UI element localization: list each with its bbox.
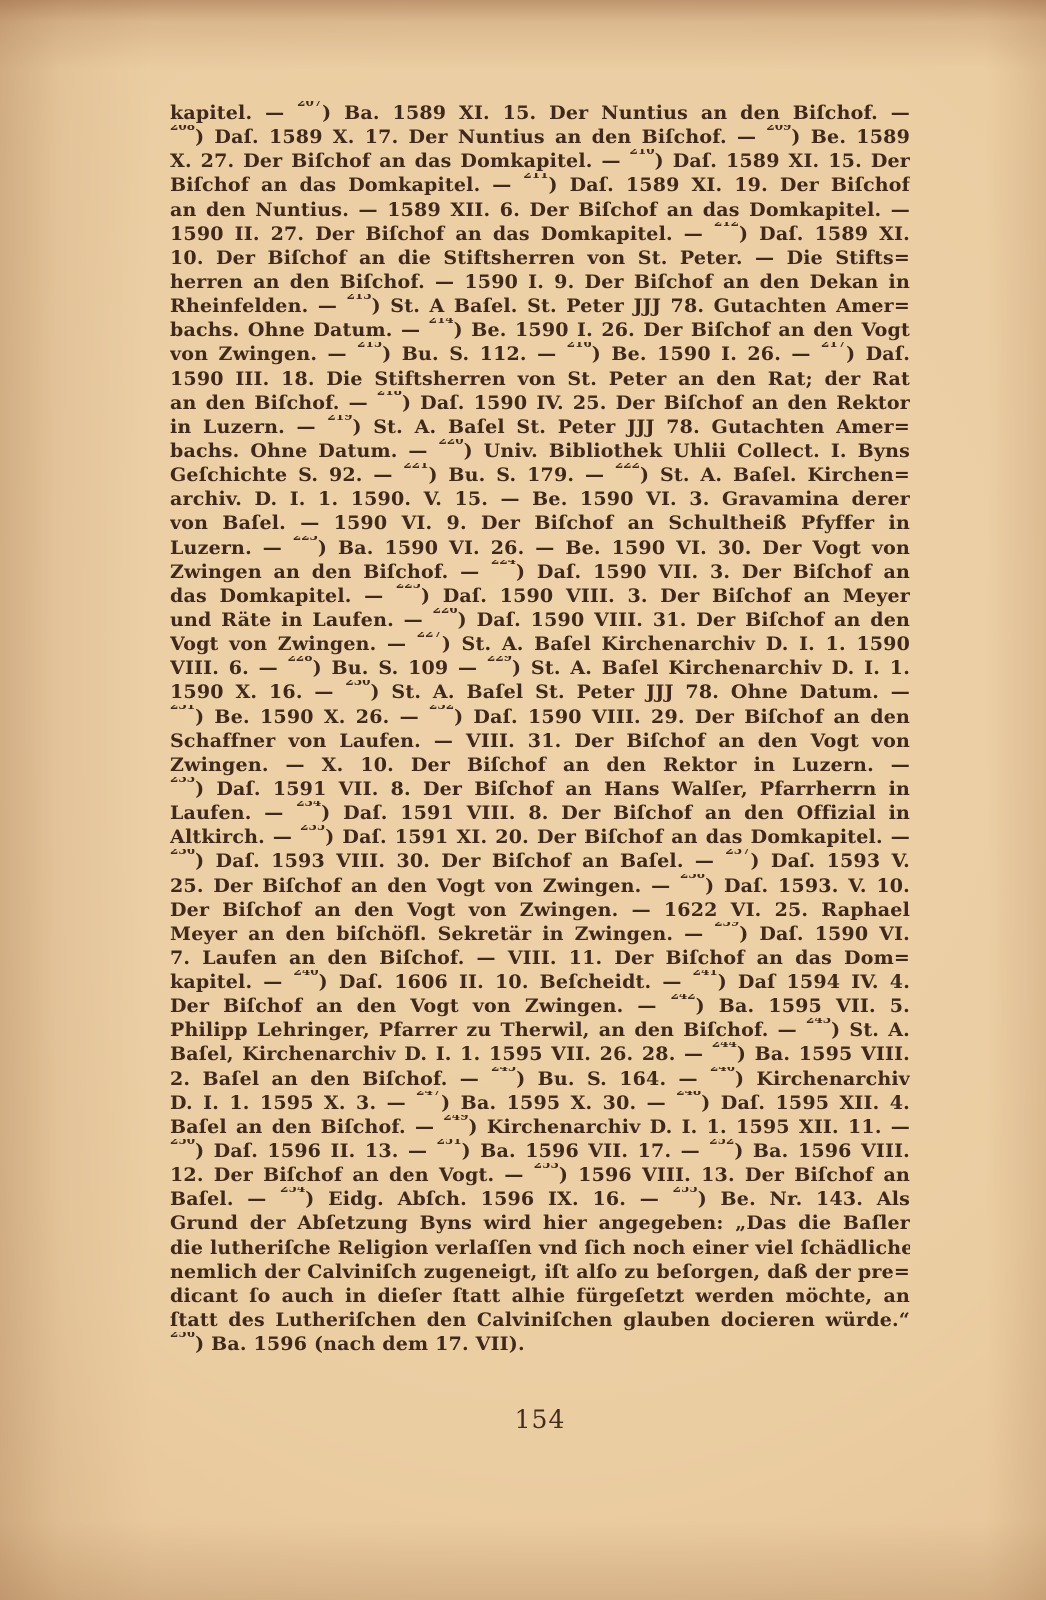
footnote-ref: 247 (416, 1091, 441, 1099)
footnote-ref: 215 (357, 342, 382, 350)
footnote-ref: 229 (487, 656, 512, 664)
text-line: 10. Der Biſchof an die Stiftsherren von … (170, 246, 910, 270)
footnote-ref: 256 (170, 1332, 195, 1340)
text-line: in Luzern. — 219) St. A. Baſel St. Peter… (170, 415, 910, 439)
footnote-ref: 220 (439, 439, 464, 447)
footnote-ref: 233 (170, 777, 195, 785)
text-line: Philipp Lehringer, Pfarrer zu Therwil, a… (170, 1018, 910, 1042)
footnote-ref: 252 (709, 1139, 734, 1147)
text-line: Zwingen. — X. 10. Der Biſchof an den Rek… (170, 753, 910, 777)
text-line: herren an den Biſchof. — 1590 I. 9. Der … (170, 270, 910, 294)
footnote-ref: 253 (534, 1163, 559, 1171)
text-line: 208) Daſ. 1589 X. 17. Der Nuntius an den… (170, 125, 910, 149)
footnote-ref: 250 (170, 1139, 195, 1147)
text-line: Baſel an den Biſchof. — 249) Kirchenarch… (170, 1115, 910, 1139)
footnote-ref: 226 (433, 608, 458, 616)
footnote-ref: 214 (429, 318, 454, 326)
footnote-ref: 249 (443, 1115, 468, 1123)
text-line: 1590 X. 16. — 230) St. A. Baſel St. Pete… (170, 680, 910, 704)
text-line: X. 27. Der Biſchof an das Domkapitel. — … (170, 149, 910, 173)
text-line: bachs. Ohne Datum. — 220) Univ. Biblioth… (170, 439, 910, 463)
text-line: 1590 III. 18. Die Stiftsherren von St. P… (170, 367, 910, 391)
text-line: und Räte in Laufen. — 226) Daſ. 1590 VII… (170, 608, 910, 632)
footnote-ref: 219 (327, 415, 352, 423)
footnote-ref: 222 (615, 463, 640, 471)
text-line: 2. Baſel an den Biſchof. — 245) Bu. S. 1… (170, 1067, 910, 1091)
text-line: Biſchof an das Domkapitel. — 211) Daſ. 1… (170, 173, 910, 197)
footnote-ref: 210 (630, 149, 655, 157)
footnote-ref: 251 (437, 1139, 462, 1147)
text-line: 236) Daſ. 1593 VIII. 30. Der Biſchof an … (170, 849, 910, 873)
footnote-ref: 211 (523, 173, 548, 181)
text-line: Der Biſchof an den Vogt von Zwingen. — 2… (170, 994, 910, 1018)
text-line: 7. Laufen an den Biſchof. — VIII. 11. De… (170, 946, 910, 970)
footnote-ref: 245 (491, 1067, 516, 1075)
text-line: 12. Der Biſchof an den Vogt. — 253) 1596… (170, 1163, 910, 1187)
footnote-ref: 241 (693, 970, 718, 978)
text-line: 256) Ba. 1596 (nach dem 17. VII). (170, 1332, 910, 1356)
footnotes-block: kapitel. — 207) Ba. 1589 XI. 15. Der Nun… (170, 101, 910, 1356)
text-line: kapitel. — 240) Daſ. 1606 II. 10. Beſche… (170, 970, 910, 994)
footnote-ref: 248 (676, 1091, 701, 1099)
footnote-ref: 217 (821, 342, 846, 350)
text-line: Baſel. — 254) Eidg. Abſch. 1596 IX. 16. … (170, 1187, 910, 1211)
text-line: 25. Der Biſchof an den Vogt von Zwingen.… (170, 874, 910, 898)
footnote-ref: 223 (293, 536, 318, 544)
footnote-ref: 246 (710, 1067, 735, 1075)
text-line: 250) Daſ. 1596 II. 13. — 251) Ba. 1596 V… (170, 1139, 910, 1163)
footnote-ref: 235 (300, 825, 325, 833)
footnote-ref: 208 (170, 125, 195, 133)
text-line: Baſel, Kirchenarchiv D. I. 1. 1595 VII. … (170, 1042, 910, 1066)
text-line: D. I. 1. 1595 X. 3. — 247) Ba. 1595 X. 3… (170, 1091, 910, 1115)
text-line: von Baſel. — 1590 VI. 9. Der Biſchof an … (170, 511, 910, 535)
text-line: 231) Be. 1590 X. 26. — 232) Daſ. 1590 VI… (170, 705, 910, 729)
text-line: kapitel. — 207) Ba. 1589 XI. 15. Der Nun… (170, 101, 910, 125)
footnote-ref: 228 (288, 656, 313, 664)
text-line: Der Biſchof an den Vogt von Zwingen. — 1… (170, 898, 910, 922)
footnote-ref: 213 (347, 294, 372, 302)
footnote-ref: 218 (377, 391, 402, 399)
text-line: Laufen. — 234) Daſ. 1591 VIII. 8. Der Bi… (170, 801, 910, 825)
footnote-ref: 231 (170, 705, 195, 713)
footnote-ref: 232 (429, 705, 454, 713)
footnote-ref: 237 (725, 849, 750, 857)
text-line: nemlich der Calviniſch zugeneigt, iſt al… (170, 1260, 910, 1284)
text-line: an den Nuntius. — 1589 XII. 6. Der Biſch… (170, 198, 910, 222)
book-page: kapitel. — 207) Ba. 1589 XI. 15. Der Nun… (0, 0, 1046, 1600)
text-line: die lutheriſche Religion verlaſſen vnd ſ… (170, 1236, 910, 1260)
text-line: VIII. 6. — 228) Bu. S. 109 — 229) St. A.… (170, 656, 910, 680)
footnote-ref: 227 (417, 632, 442, 640)
text-line: Schaffner von Laufen. — VIII. 31. Der Bi… (170, 729, 910, 753)
footnote-ref: 240 (294, 970, 319, 978)
footnote-ref: 212 (714, 222, 739, 230)
footnote-ref: 209 (766, 125, 791, 133)
footnote-ref: 221 (403, 463, 428, 471)
text-line: Zwingen an den Biſchof. — 224) Daſ. 1590… (170, 560, 910, 584)
text-line: Vogt von Zwingen. — 227) St. A. Baſel Ki… (170, 632, 910, 656)
footnote-ref: 207 (297, 101, 322, 109)
text-line: von Zwingen. — 215) Bu. S. 112. — 216) B… (170, 342, 910, 366)
footnote-ref: 225 (396, 584, 421, 592)
text-line: das Domkapitel. — 225) Daſ. 1590 VIII. 3… (170, 584, 910, 608)
footnote-ref: 238 (680, 874, 705, 882)
footnote-ref: 242 (671, 994, 696, 1002)
footnote-ref: 236 (170, 849, 195, 857)
footnote-ref: 224 (491, 560, 516, 568)
text-line: an den Biſchof. — 218) Daſ. 1590 IV. 25.… (170, 391, 910, 415)
footnote-ref: 230 (345, 680, 370, 688)
text-line: ſtatt des Lutheriſchen den Calviniſchen … (170, 1308, 910, 1332)
footnote-ref: 244 (712, 1042, 737, 1050)
footnote-ref: 216 (567, 342, 592, 350)
text-line: Luzern. — 223) Ba. 1590 VI. 26. — Be. 15… (170, 536, 910, 560)
footnote-ref: 243 (806, 1018, 831, 1026)
text-line: Altkirch. — 235) Daſ. 1591 XI. 20. Der B… (170, 825, 910, 849)
footnote-ref: 255 (673, 1187, 698, 1195)
text-line: Rheinfelden. — 213) St. A Baſel. St. Pet… (170, 294, 910, 318)
text-line: dicant ſo auch in dieſer ſtatt alhie für… (170, 1284, 910, 1308)
footnote-ref: 239 (714, 922, 739, 930)
text-line: bachs. Ohne Datum. — 214) Be. 1590 I. 26… (170, 318, 910, 342)
page-number: 154 (170, 1405, 910, 1434)
text-line: Meyer an den biſchöfl. Sekretär in Zwing… (170, 922, 910, 946)
footnote-ref: 234 (296, 801, 321, 809)
footnote-ref: 254 (280, 1187, 305, 1195)
text-line: Grund der Abſetzung Byns wird hier angeg… (170, 1211, 910, 1235)
text-line: Geſchichte S. 92. — 221) Bu. S. 179. — 2… (170, 463, 910, 487)
text-line: 233) Daſ. 1591 VII. 8. Der Biſchof an Ha… (170, 777, 910, 801)
text-line: 1590 II. 27. Der Biſchof an das Domkapit… (170, 222, 910, 246)
text-line: archiv. D. I. 1. 1590. V. 15. — Be. 1590… (170, 487, 910, 511)
